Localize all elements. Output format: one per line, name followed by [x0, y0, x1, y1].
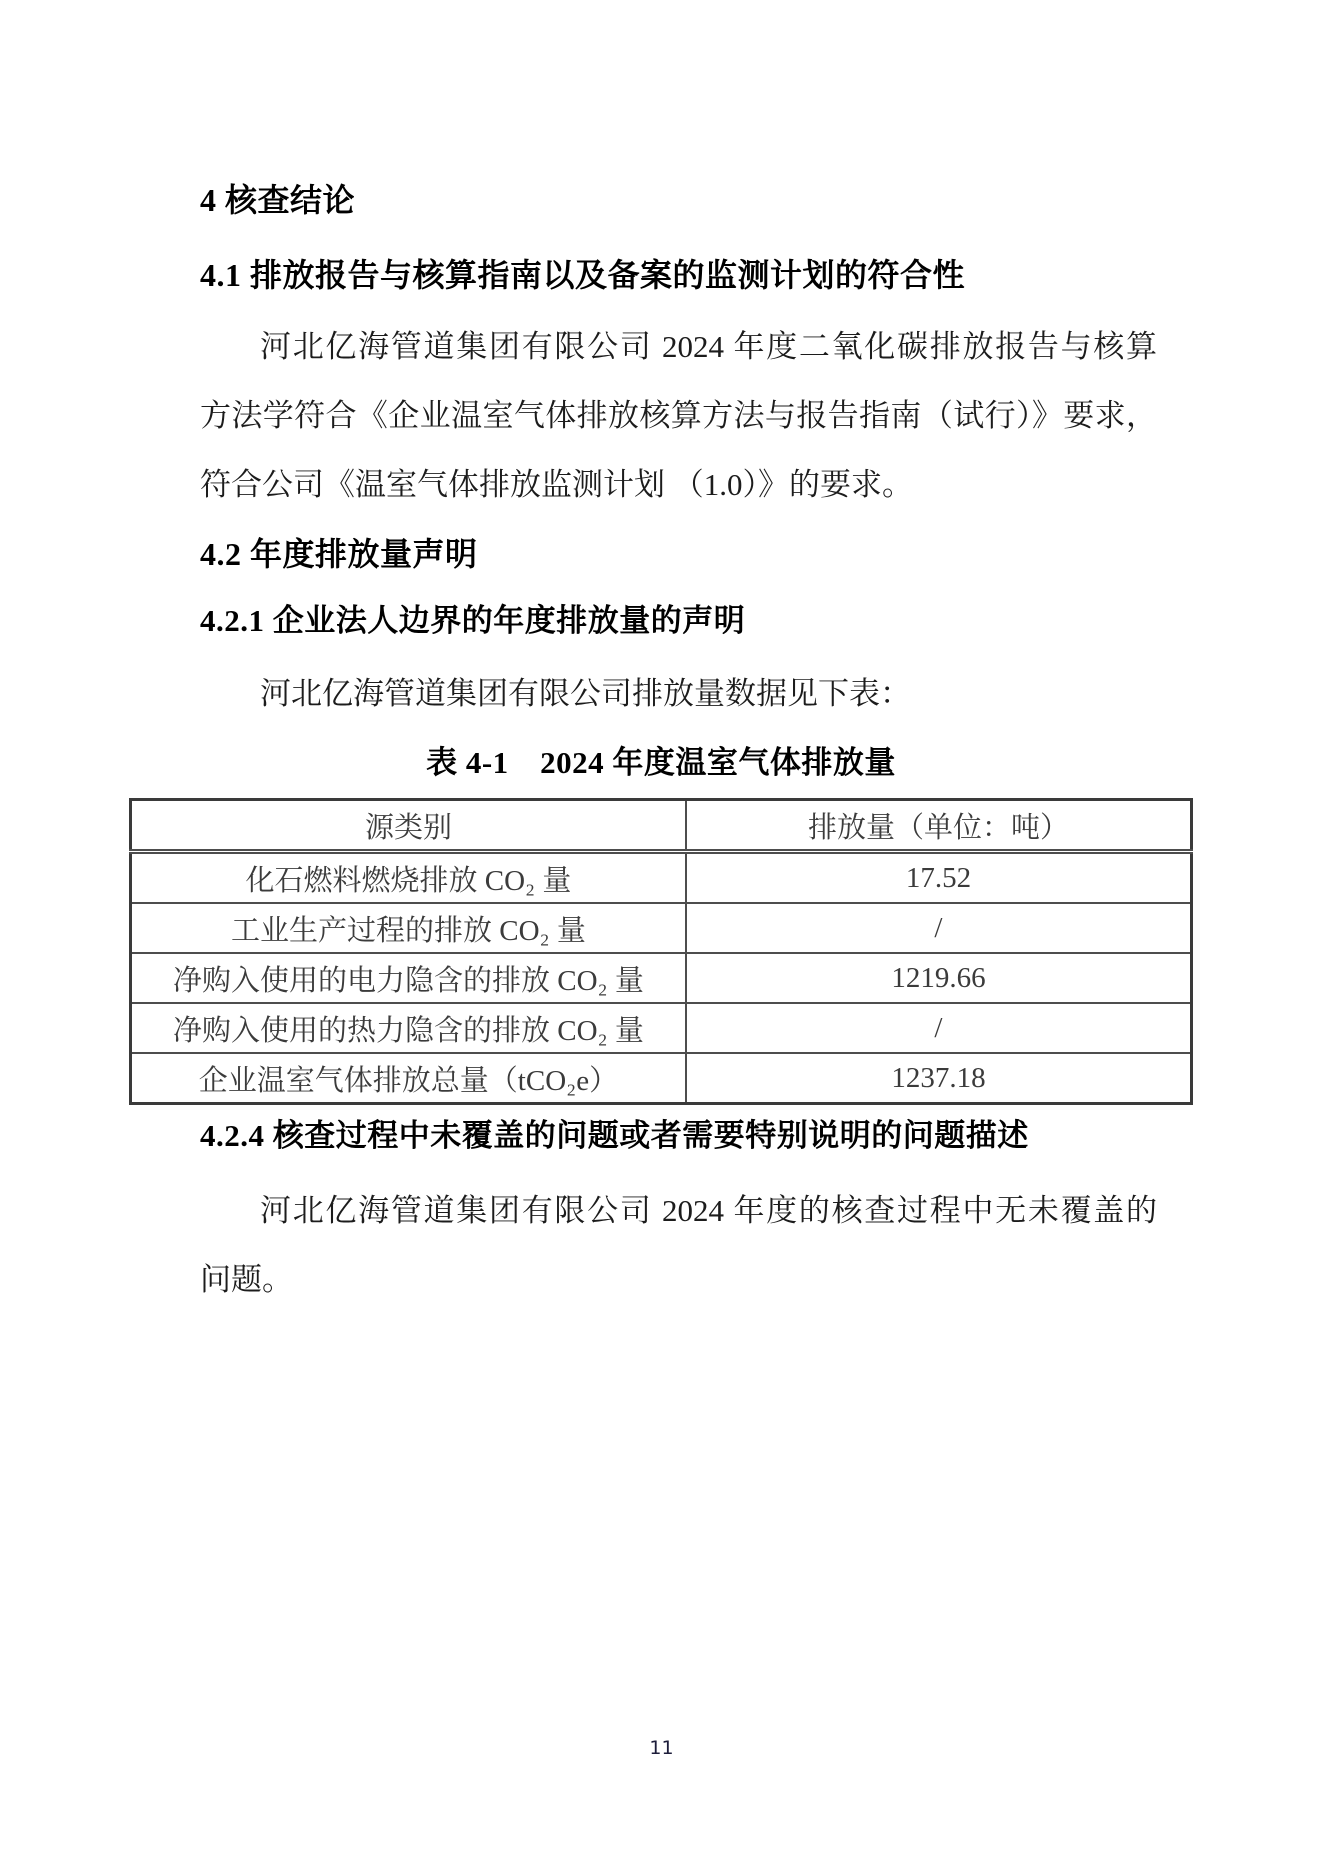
- paragraph-table-intro: 河北亿海管道集团有限公司排放量数据见下表：: [260, 674, 911, 714]
- cell-value-total-ghg: 1237.18: [686, 1053, 1192, 1104]
- heading-4-2-annual-emission: 4.2 年度排放量声明: [200, 535, 478, 573]
- page-number: 11: [0, 1737, 1323, 1759]
- table-caption: 表 4-1 2024 年度温室气体排放量: [129, 744, 1193, 782]
- heading-4-1-compliance: 4.1 排放报告与核算指南以及备案的监测计划的符合性: [200, 256, 965, 294]
- paragraph-line-1: 河北亿海管道集团有限公司 2024 年度的核查过程中无未覆盖的: [200, 1176, 1157, 1245]
- col-header-emission-amount: 排放量（单位：吨）: [686, 800, 1192, 852]
- cell-source-total-ghg: 企业温室气体排放总量（tCO₂e）: [131, 1053, 686, 1104]
- document-page: 4 核查结论 4.1 排放报告与核算指南以及备案的监测计划的符合性 河北亿海管道…: [0, 0, 1323, 1871]
- table-row: 净购入使用的电力隐含的排放 CO₂ 量 1219.66: [131, 953, 1192, 1003]
- paragraph-line-1: 河北亿海管道集团有限公司 2024 年度二氧化碳排放报告与核算: [200, 312, 1157, 381]
- cell-source-industrial-process: 工业生产过程的排放 CO₂ 量: [131, 903, 686, 953]
- paragraph-line-3: 符合公司《温室气体排放监测计划 （1.0）》的要求。: [200, 450, 1157, 519]
- cell-source-fossil-fuel: 化石燃料燃烧排放 CO₂ 量: [131, 852, 686, 904]
- paragraph-uncovered-issues: 河北亿海管道集团有限公司 2024 年度的核查过程中无未覆盖的 问题。: [200, 1176, 1157, 1314]
- table-header-row: 源类别 排放量（单位：吨）: [131, 800, 1192, 852]
- paragraph-line-2: 问题。: [200, 1245, 1157, 1314]
- table-row: 企业温室气体排放总量（tCO₂e） 1237.18: [131, 1053, 1192, 1104]
- cell-source-purchased-heat: 净购入使用的热力隐含的排放 CO₂ 量: [131, 1003, 686, 1053]
- heading-4-2-4-uncovered-issues: 4.2.4 核查过程中未覆盖的问题或者需要特别说明的问题描述: [200, 1117, 1029, 1155]
- cell-source-purchased-electricity: 净购入使用的电力隐含的排放 CO₂ 量: [131, 953, 686, 1003]
- emissions-table: 源类别 排放量（单位：吨） 化石燃料燃烧排放 CO₂ 量 17.52 工业生产过…: [129, 798, 1193, 1105]
- cell-value-purchased-heat: /: [686, 1003, 1192, 1053]
- paragraph-compliance: 河北亿海管道集团有限公司 2024 年度二氧化碳排放报告与核算 方法学符合《企业…: [200, 312, 1157, 519]
- cell-value-fossil-fuel: 17.52: [686, 852, 1192, 904]
- col-header-source-category: 源类别: [131, 800, 686, 852]
- cell-value-purchased-electricity: 1219.66: [686, 953, 1192, 1003]
- table-row: 化石燃料燃烧排放 CO₂ 量 17.52: [131, 852, 1192, 904]
- table-row: 工业生产过程的排放 CO₂ 量 /: [131, 903, 1192, 953]
- heading-4-2-1-entity-boundary: 4.2.1 企业法人边界的年度排放量的声明: [200, 602, 745, 640]
- heading-4-conclusion: 4 核查结论: [200, 181, 355, 219]
- paragraph-line-2: 方法学符合《企业温室气体排放核算方法与报告指南（试行）》要求，: [200, 381, 1157, 450]
- table-row: 净购入使用的热力隐含的排放 CO₂ 量 /: [131, 1003, 1192, 1053]
- cell-value-industrial-process: /: [686, 903, 1192, 953]
